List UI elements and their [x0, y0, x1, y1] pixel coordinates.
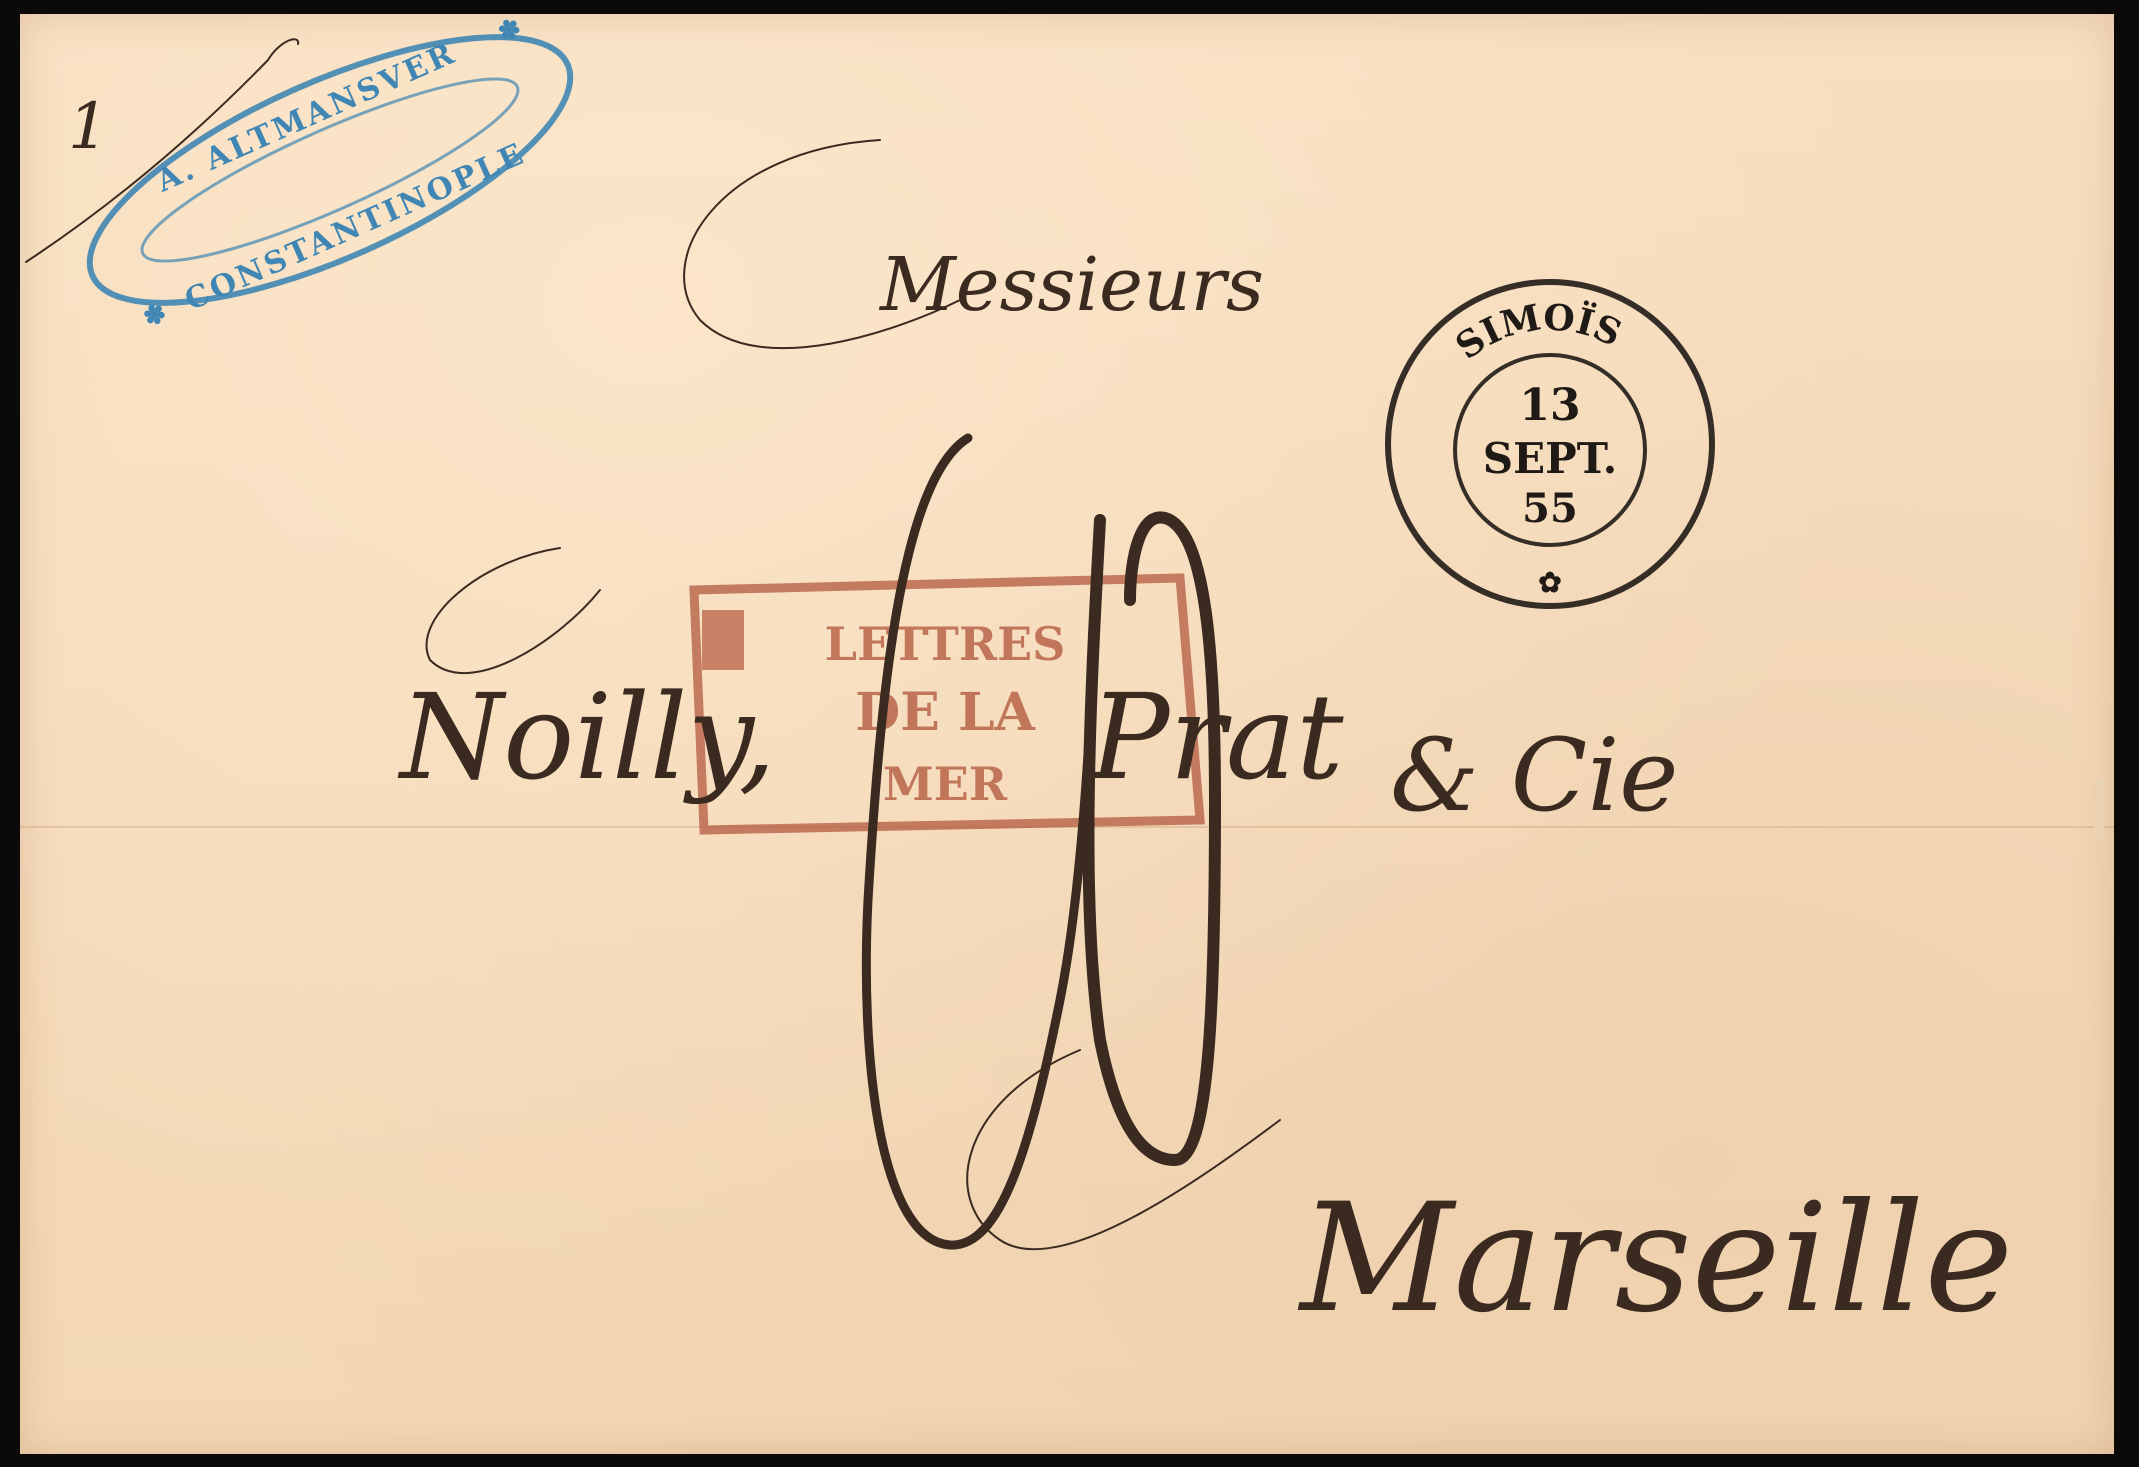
paper-fold-line: [20, 826, 2114, 828]
letter-sheet: [20, 14, 2114, 1454]
paper-fold-tab: [2094, 780, 2104, 840]
